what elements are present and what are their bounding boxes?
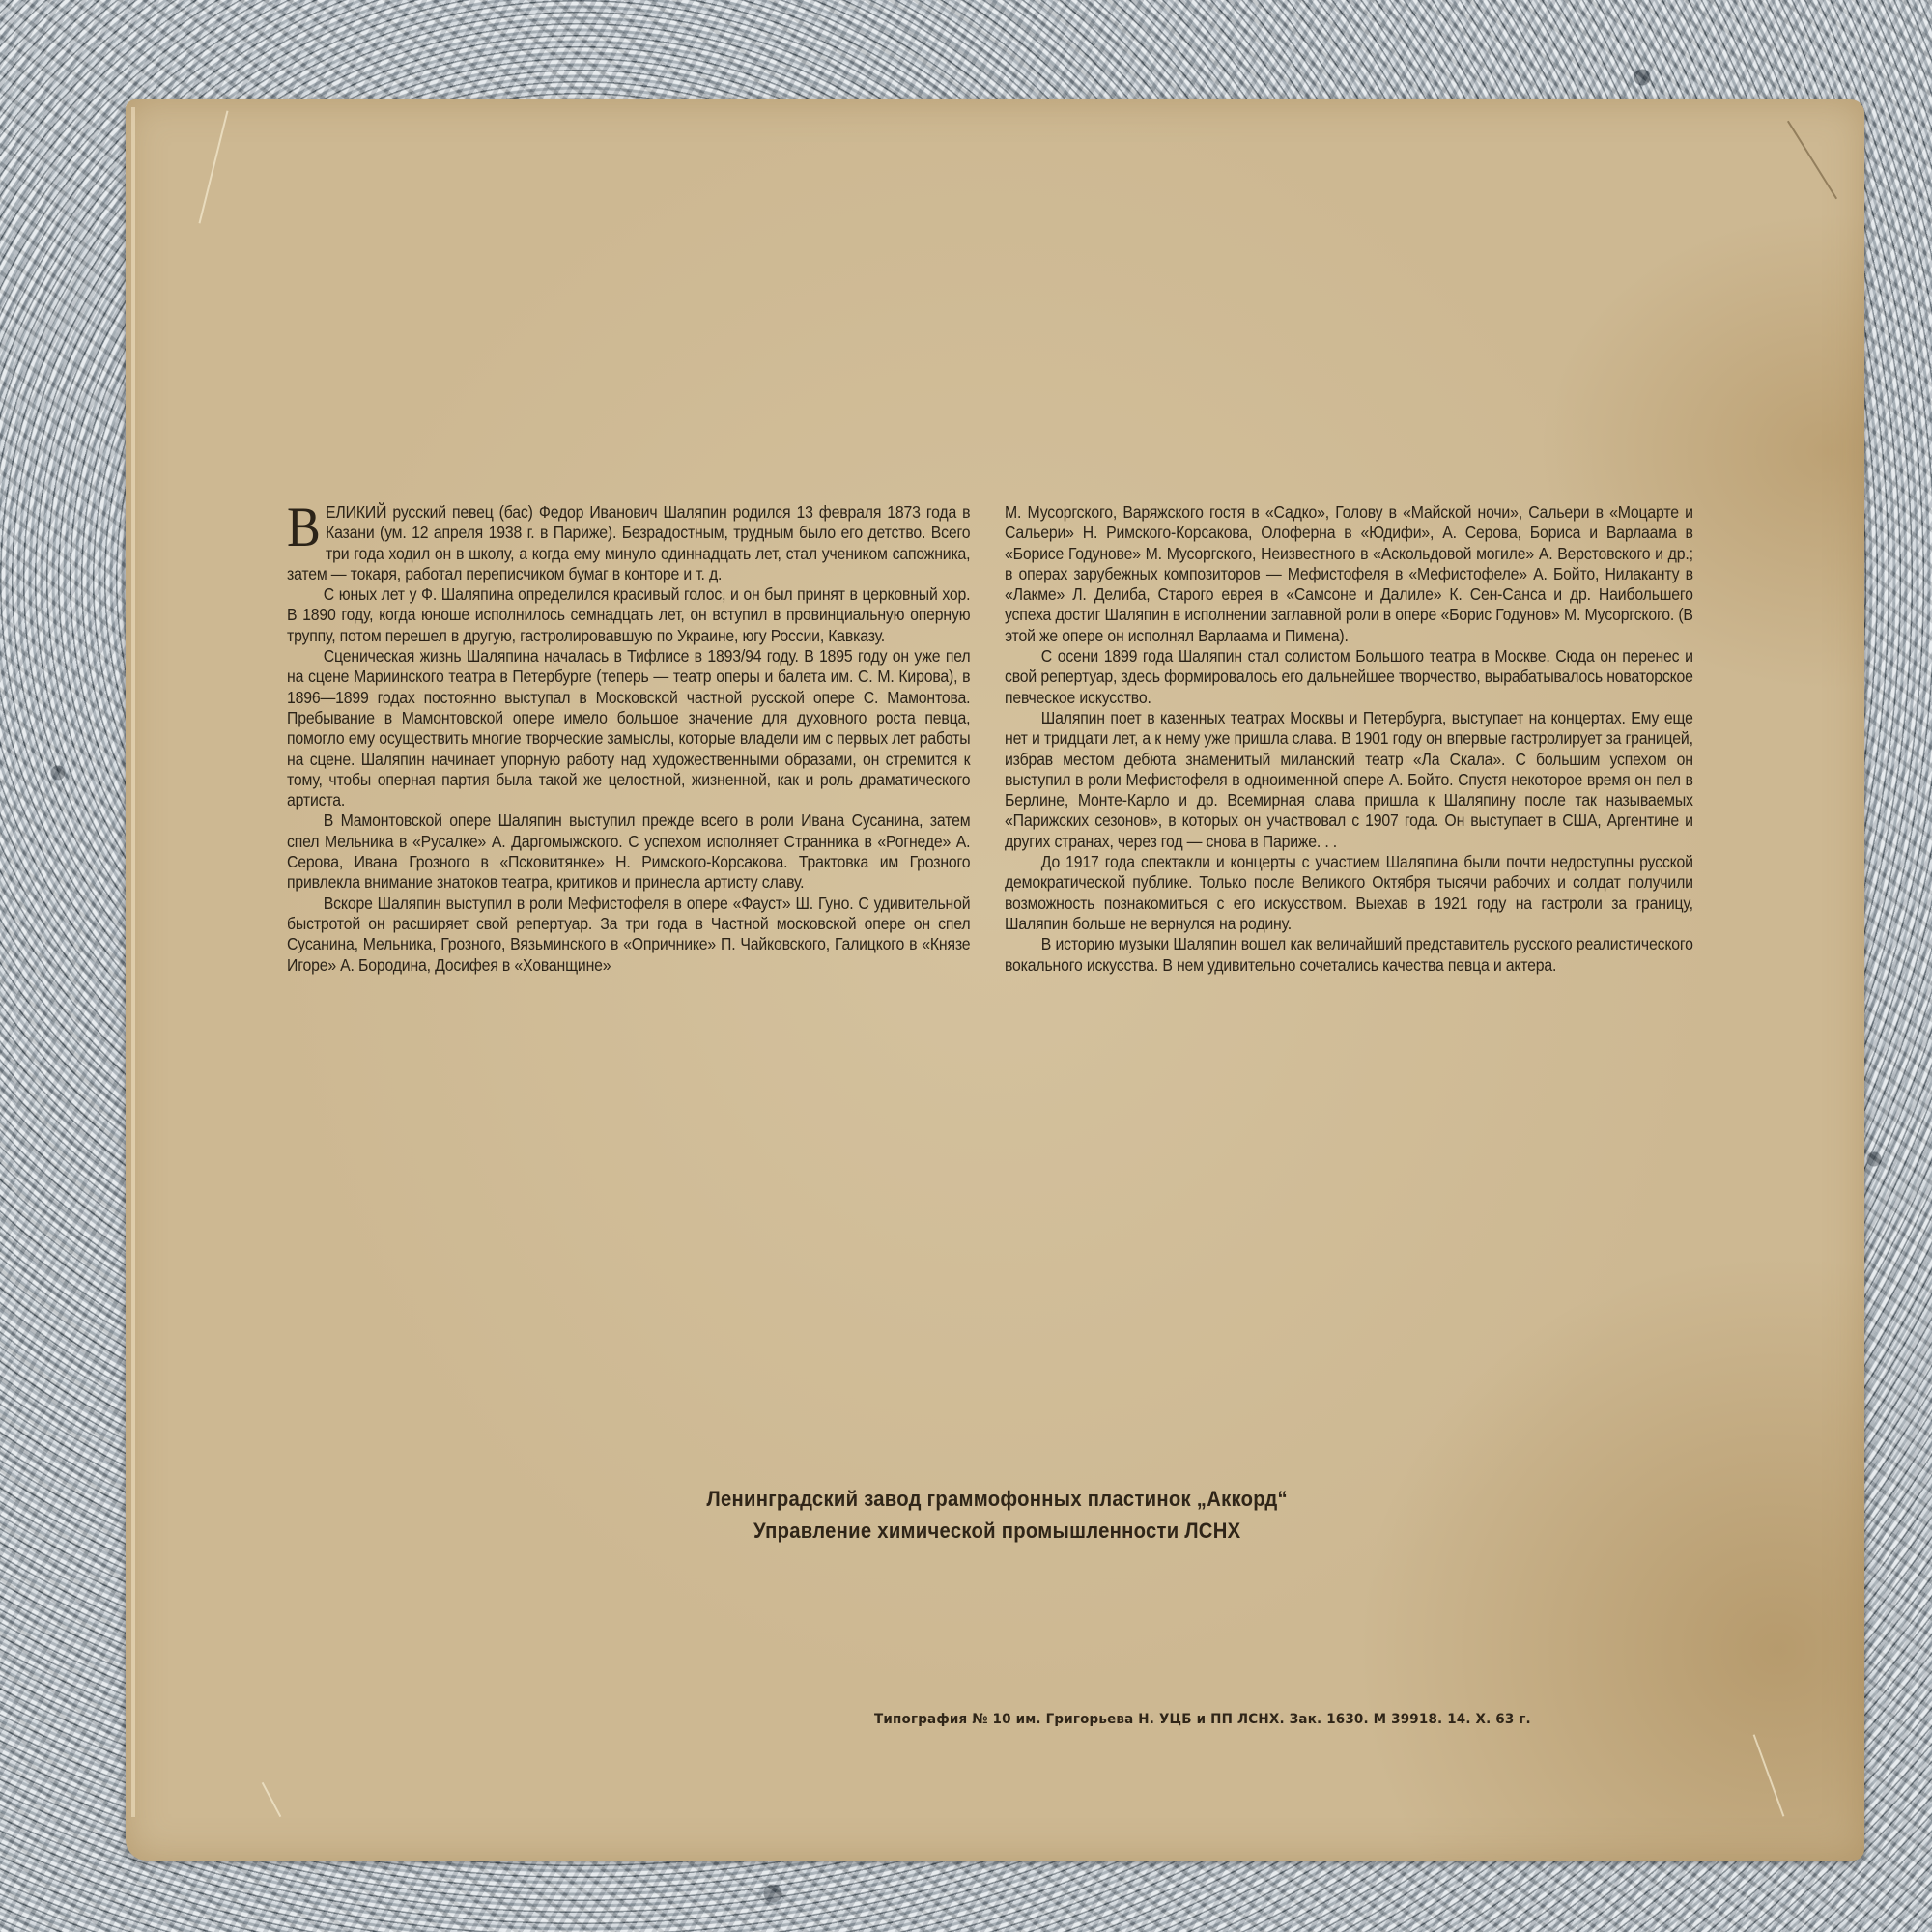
publisher-line-1: Ленинградский завод граммофонных пластин… <box>139 1483 1855 1515</box>
record-sleeve-back <box>126 99 1864 1861</box>
paragraph: Сценическая жизнь Шаляпина началась в Ти… <box>287 646 970 810</box>
drop-cap: В <box>287 506 321 549</box>
paper-crease <box>262 1782 282 1817</box>
paragraph: М. Мусоргского, Варяжского гостя в «Садк… <box>1005 502 1693 646</box>
paper-crease <box>199 111 229 224</box>
paragraph: С юных лет у Ф. Шаляпина определился кра… <box>287 584 970 646</box>
publisher-block: Ленинградский завод граммофонных пластин… <box>77 1483 1855 1547</box>
paragraph: ВЕЛИКИЙ русский певец (бас) Федор Иванов… <box>287 502 970 584</box>
paragraph: В историю музыки Шаляпин вошел как велич… <box>1005 934 1693 976</box>
paragraph: Шаляпин поет в казенных театрах Москвы и… <box>1005 708 1693 852</box>
paragraph: До 1917 года спектакли и концерты с учас… <box>1005 852 1693 934</box>
paper-crease <box>1787 121 1837 200</box>
biography-left-column: ВЕЛИКИЙ русский певец (бас) Федор Иванов… <box>287 502 970 976</box>
lead-caps: ЕЛИКИЙ <box>326 502 386 522</box>
paper-crease <box>1753 1734 1785 1816</box>
paragraph-text: русский певец (бас) Федор Иванович Шаляп… <box>287 502 970 583</box>
paragraph: Вскоре Шаляпин выступил в роли Мефистофе… <box>287 894 970 976</box>
paragraph: В Мамонтовской опере Шаляпин выступил пр… <box>287 810 970 893</box>
paragraph: С осени 1899 года Шаляпин стал солистом … <box>1005 646 1693 708</box>
publisher-line-2: Управление химической промышленности ЛСН… <box>139 1515 1855 1547</box>
biography-right-column: М. Мусоргского, Варяжского гостя в «Садк… <box>1005 502 1693 976</box>
printer-imprint: Типография № 10 им. Григорьева Н. УЦБ и … <box>874 1712 1531 1727</box>
